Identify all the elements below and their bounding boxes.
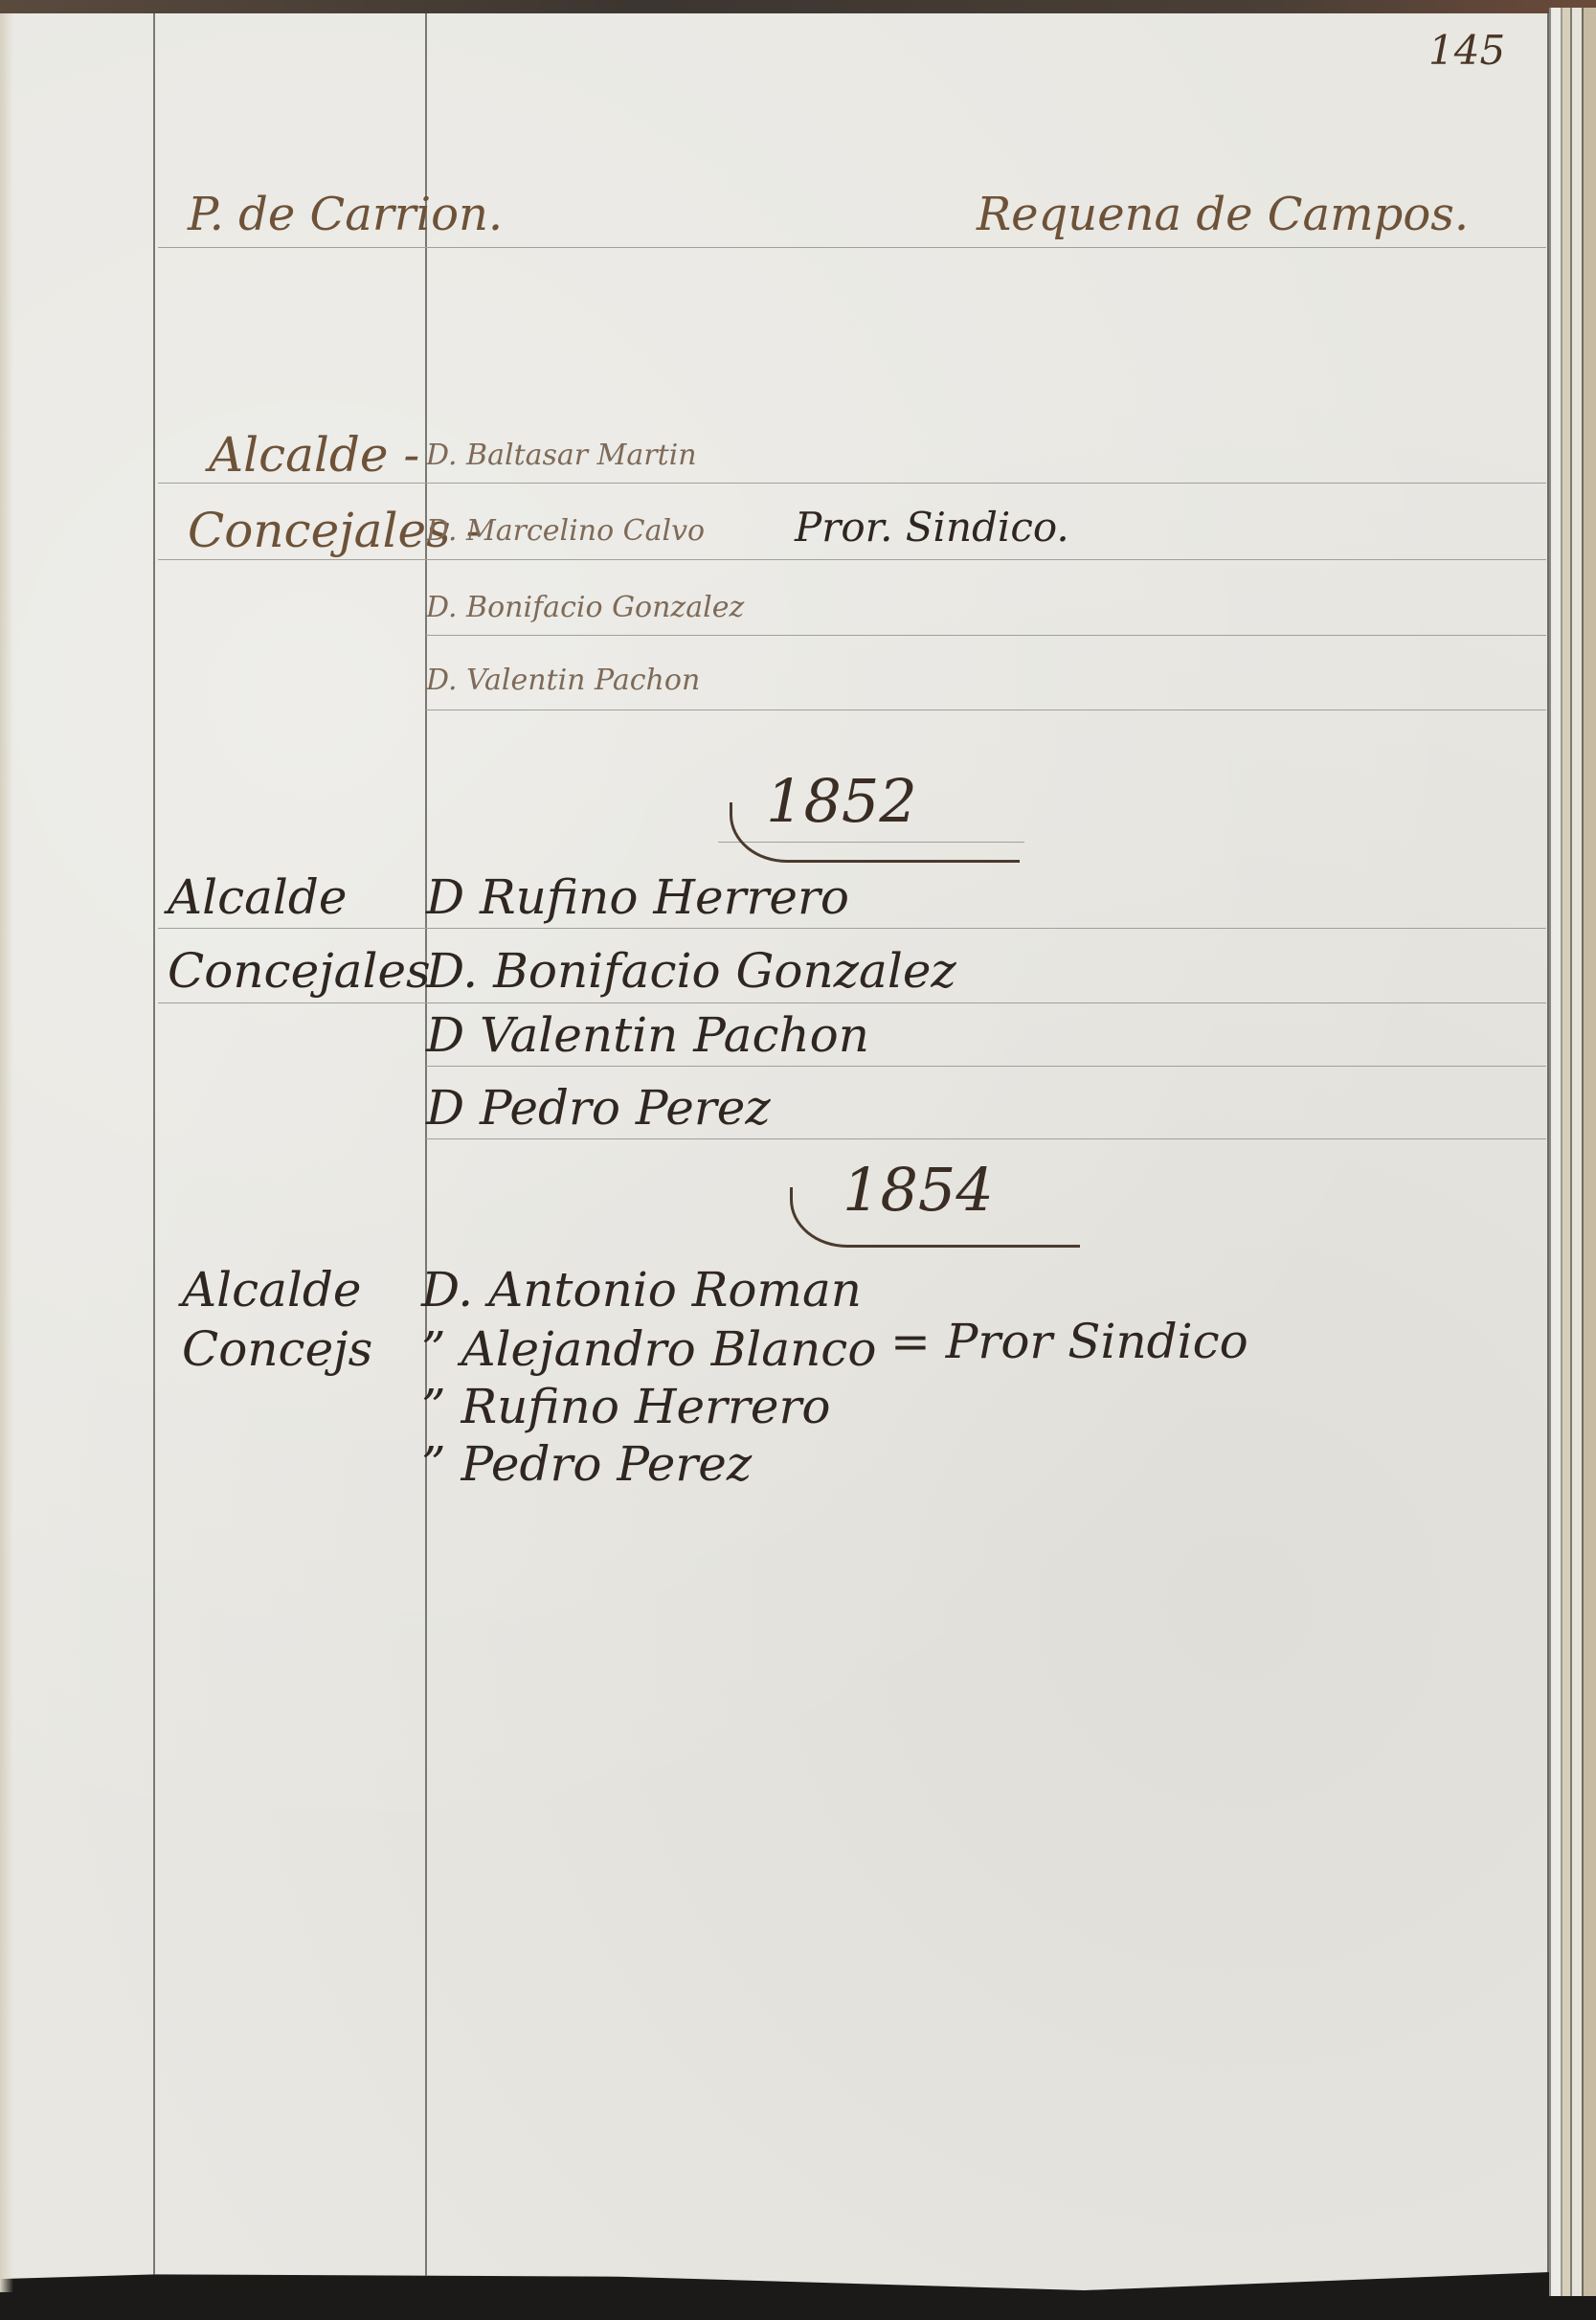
rule-9: [426, 1138, 1546, 1139]
rule-3: [426, 635, 1546, 636]
entry-note: = Pror Sindico: [890, 1314, 1248, 1369]
entry-name: D. Bonifacio Gonzalez: [426, 943, 956, 999]
entry-name: D. Valentin Pachon: [426, 664, 700, 697]
entry-name: D. Marcelino Calvo: [426, 514, 705, 548]
entry-name: ” Pedro Perez: [421, 1436, 752, 1492]
role-concejales: Concejales: [168, 943, 431, 999]
entry-note: Pror. Sindico.: [795, 504, 1069, 551]
page-edge: [1570, 8, 1582, 2296]
rule-6: [158, 928, 1546, 929]
gutter-shadow: [0, 13, 13, 2292]
year-flourish: [730, 802, 1020, 863]
entry-name: ” Alejandro Blanco: [421, 1321, 876, 1377]
entry-name: D Rufino Herrero: [426, 869, 849, 925]
role-concejales: Concejs: [182, 1321, 372, 1377]
manuscript-page: [0, 13, 1549, 2290]
page-edge: [1582, 8, 1596, 2296]
entry-name: D. Baltasar Martin: [426, 439, 697, 472]
entry-name: D Valentin Pachon: [426, 1007, 869, 1063]
page-edge: [1549, 8, 1561, 2296]
margin-rule-left: [153, 13, 155, 2292]
header-left: P. de Carrion.: [188, 188, 503, 241]
role-alcalde: Alcalde: [168, 869, 348, 925]
year-flourish: [790, 1187, 1080, 1248]
page-edge: [1561, 8, 1570, 2296]
header-right: Requena de Campos.: [977, 188, 1469, 241]
rule-1: [158, 483, 1546, 484]
rule-7: [158, 1002, 1546, 1003]
entry-name: D Pedro Perez: [426, 1080, 771, 1136]
rule-4: [426, 710, 1546, 710]
role-alcalde: Alcalde -: [209, 427, 419, 483]
entry-name: D. Antonio Roman: [421, 1262, 862, 1318]
rule-header: [158, 247, 1546, 248]
entry-name: ” Rufino Herrero: [421, 1379, 830, 1434]
page-number: 145: [1428, 27, 1505, 74]
entry-name: D. Bonifacio Gonzalez: [426, 591, 744, 624]
rule-8: [426, 1066, 1546, 1067]
role-alcalde: Alcalde: [182, 1262, 362, 1318]
margin-rule-names: [425, 13, 427, 2292]
rule-2: [158, 559, 1546, 560]
